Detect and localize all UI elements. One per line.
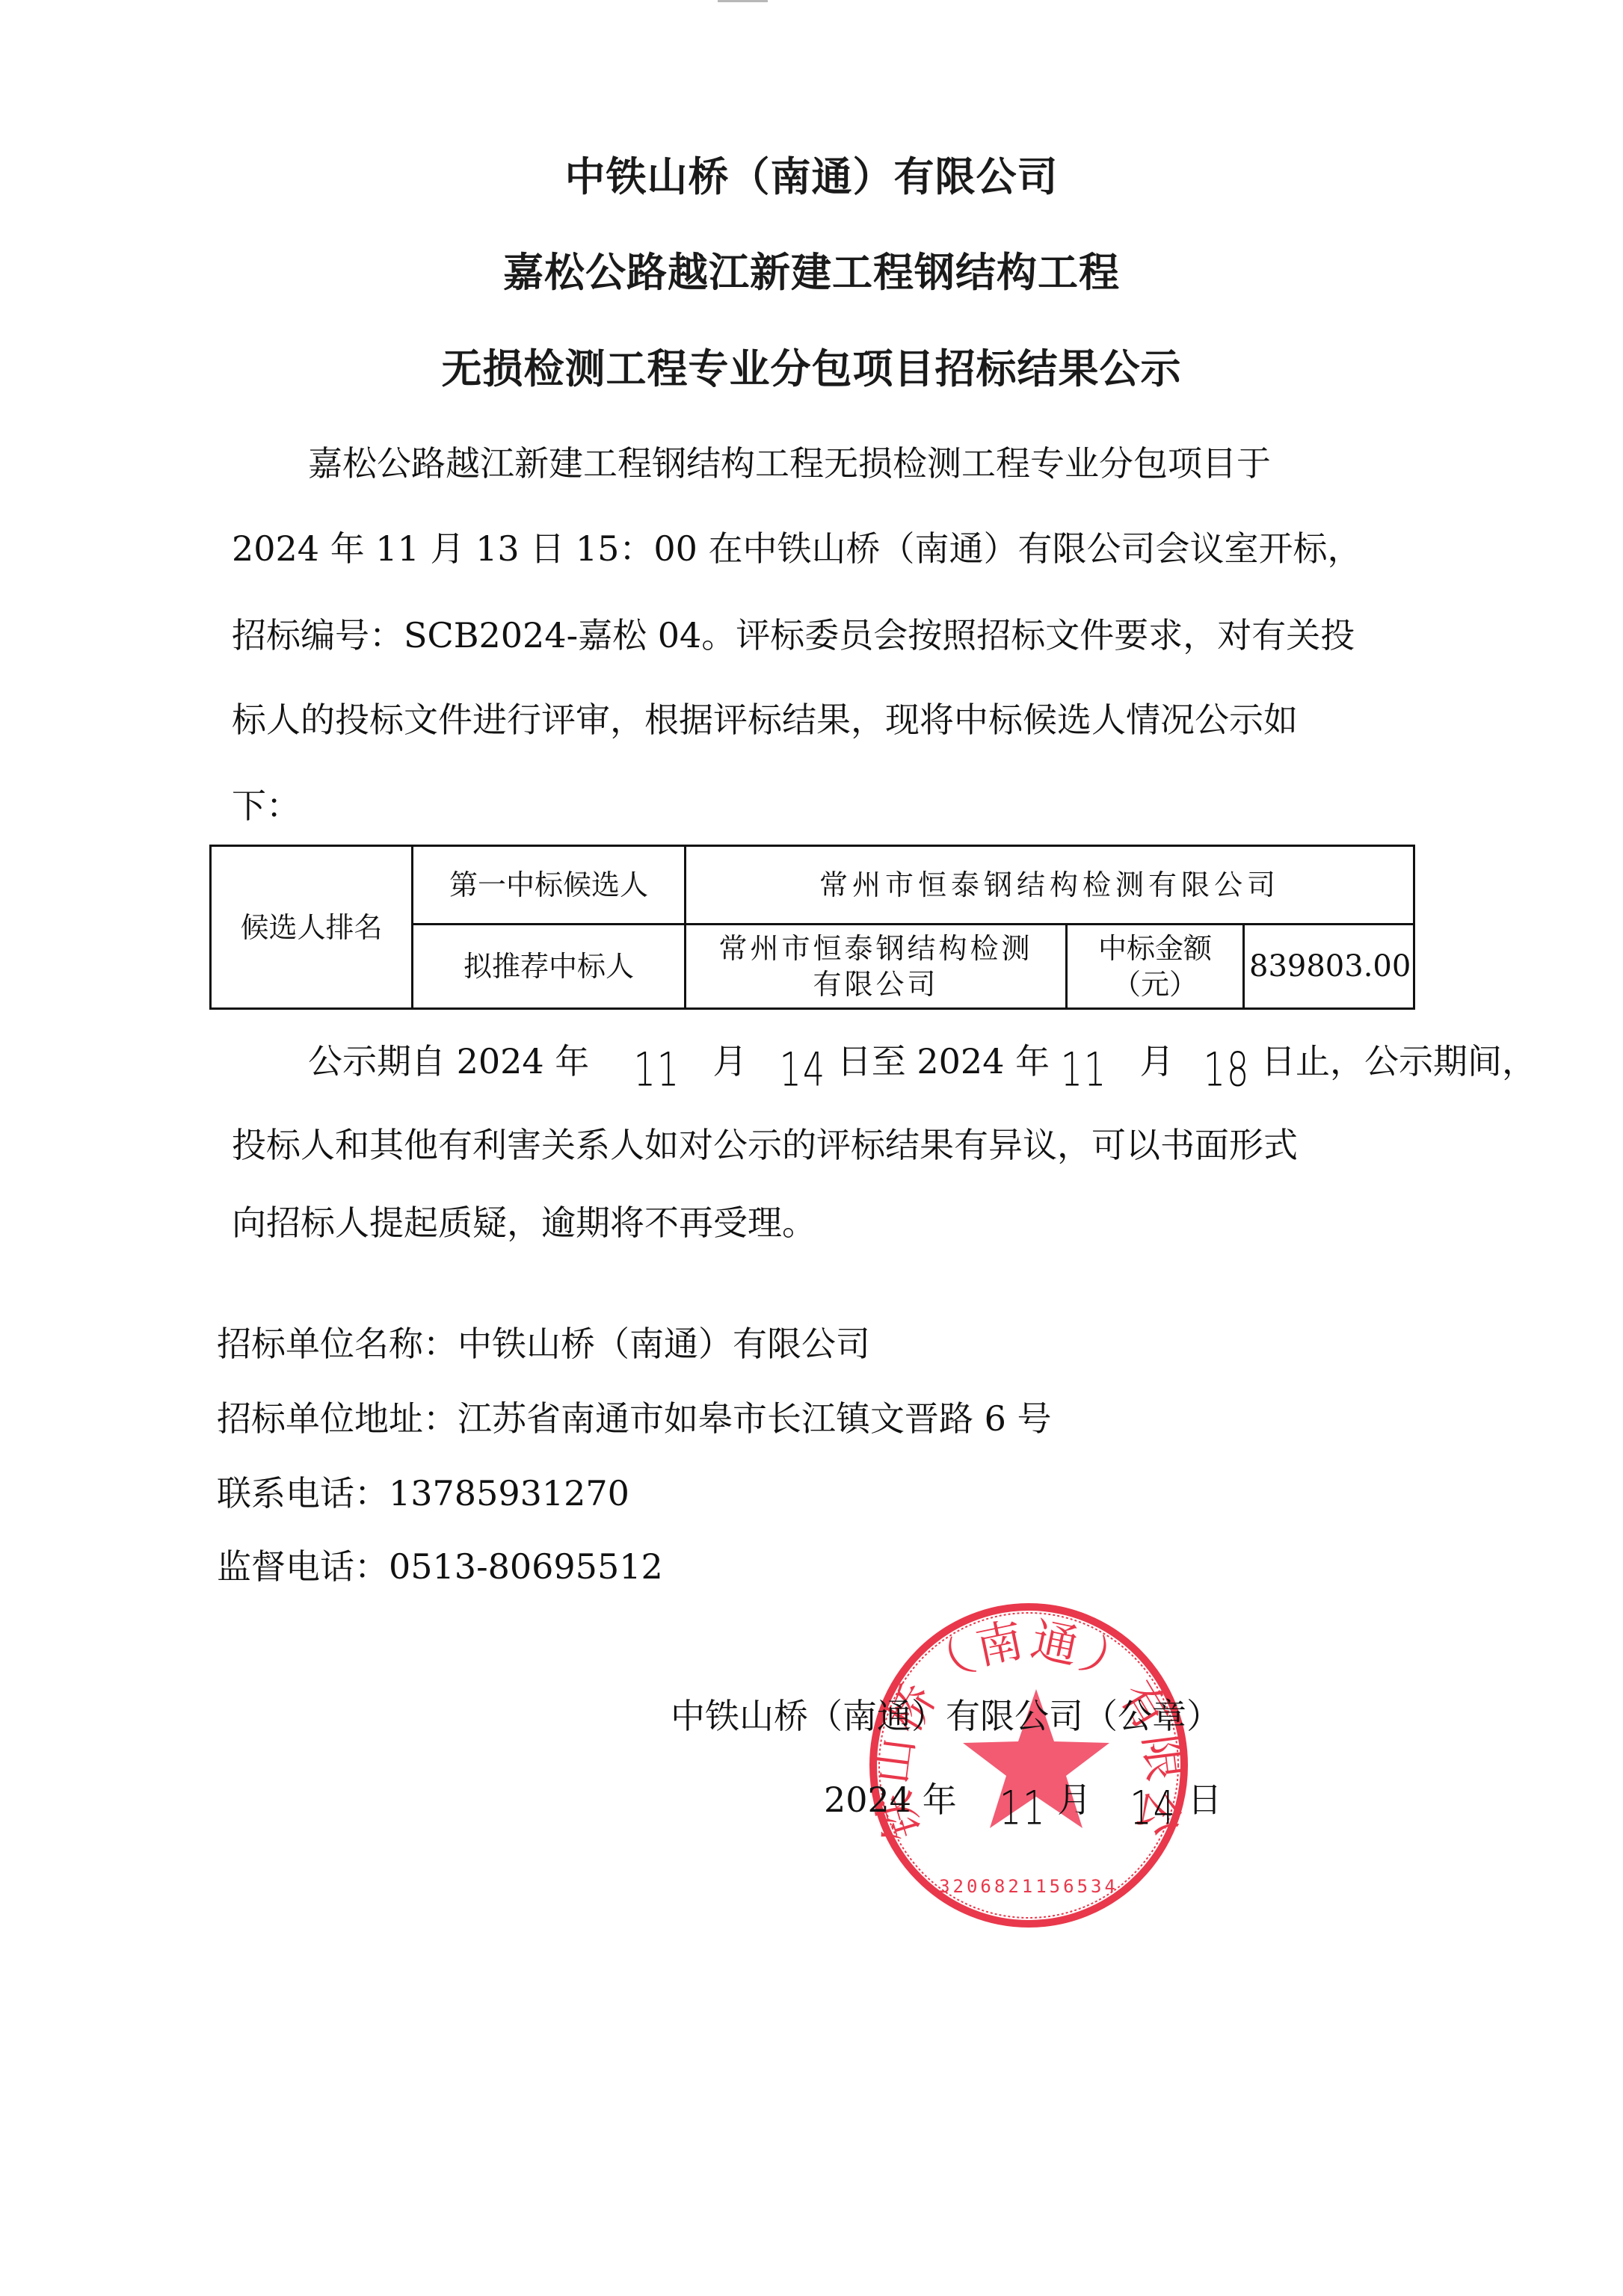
handwritten-start-day: 14	[780, 1041, 827, 1098]
recommended-label: 拟推荐中标人	[464, 950, 634, 983]
title-company: 中铁山桥（南通）有限公司	[0, 153, 1623, 201]
title-announcement: 无损检测工程专业分包项目招标结果公示	[0, 345, 1623, 393]
intro-line-2: 2024 年 11 月 13 日 15：00 在中铁山桥（南通）有限公司会议室开…	[232, 528, 1362, 570]
handwritten-sign-month: 11	[1000, 1780, 1047, 1836]
recommended-name-line-2: 有限公司	[691, 966, 1061, 1002]
signature-company-seal: 中铁山桥（南通）有限公司（公章）	[671, 1695, 1221, 1737]
official-seal-stamp: 中铁山桥（南通）有限公司 3206821156534	[867, 1601, 1190, 1930]
handwritten-start-month: 11	[634, 1041, 681, 1098]
scan-artifact-mark	[718, 0, 768, 2]
amount-label-cell: 中标金额 （元）	[1067, 925, 1244, 1009]
rank-header-cell: 候选人排名	[211, 846, 413, 1009]
publicity-line-3: 向招标人提起质疑，逾期将不再受理。	[232, 1202, 816, 1244]
handwritten-end-day: 18	[1204, 1041, 1251, 1098]
first-candidate-name-cell: 常州市恒泰钢结构检测有限公司	[686, 846, 1414, 925]
signature-date-year: 2024 年	[824, 1780, 957, 1820]
first-candidate-label: 第一中标候选人	[449, 868, 648, 901]
signature-day-char: 日	[1188, 1780, 1222, 1820]
first-candidate-label-cell: 第一中标候选人	[413, 846, 686, 925]
handwritten-end-month: 11	[1061, 1041, 1108, 1098]
amount-label-line-2: （元）	[1072, 966, 1238, 1002]
publicity-suffix: 日止，公示期间，	[1261, 1041, 1536, 1081]
stamp-code: 3206821156534	[939, 1876, 1118, 1897]
intro-line-5: 下：	[232, 785, 301, 827]
rank-header-label: 候选人排名	[240, 911, 382, 944]
contact-phone: 联系电话：13785931270	[217, 1472, 629, 1514]
recommended-name-line-1: 常州市恒泰钢结构检测	[691, 931, 1061, 966]
signature-month-char: 月	[1057, 1780, 1091, 1820]
tender-unit-address: 招标单位地址：江苏省南通市如皋市长江镇文晋路 6 号	[217, 1398, 1052, 1439]
amount-value: 839803.00	[1249, 949, 1411, 984]
intro-line-1: 嘉松公路越江新建工程钢结构工程无损检测工程专业分包项目于	[308, 442, 1271, 484]
publicity-mid: 日至 2024 年	[837, 1041, 1050, 1081]
month-char: 月	[712, 1041, 747, 1081]
intro-line-4: 标人的投标文件进行评审，根据评标结果，现将中标候选人情况公示如	[232, 699, 1298, 741]
intro-line-3: 招标编号：SCB2024-嘉松 04。评标委员会按照招标文件要求，对有关投	[232, 614, 1355, 656]
amount-value-cell: 839803.00	[1244, 925, 1414, 1009]
month-char-2: 月	[1140, 1041, 1174, 1081]
handwritten-sign-day: 14	[1130, 1780, 1177, 1836]
bid-result-table: 候选人排名 第一中标候选人 常州市恒泰钢结构检测有限公司 拟推荐中标人 常州市恒…	[209, 845, 1415, 1010]
first-candidate-name: 常州市恒泰钢结构检测有限公司	[819, 868, 1280, 901]
publicity-line-2: 投标人和其他有利害关系人如对公示的评标结果有异议，可以书面形式	[232, 1124, 1298, 1166]
title-project: 嘉松公路越江新建工程钢结构工程	[0, 249, 1623, 297]
recommended-name-cell: 常州市恒泰钢结构检测 有限公司	[686, 925, 1067, 1009]
tender-unit-name: 招标单位名称：中铁山桥（南通）有限公司	[217, 1323, 870, 1365]
publicity-prefix: 公示期自 2024 年	[308, 1041, 589, 1081]
amount-label-line-1: 中标金额	[1072, 931, 1238, 966]
signature-date: 2024 年 11 月 14 日	[824, 1779, 1222, 1821]
recommended-label-cell: 拟推荐中标人	[413, 925, 686, 1009]
table-row-first-candidate: 候选人排名 第一中标候选人 常州市恒泰钢结构检测有限公司	[211, 846, 1414, 925]
publicity-line-1: 公示期自 2024 年 11 月 14 日至 2024 年 11 月 18 日止…	[308, 1040, 1536, 1082]
supervision-phone: 监督电话：0513-80695512	[217, 1546, 663, 1587]
